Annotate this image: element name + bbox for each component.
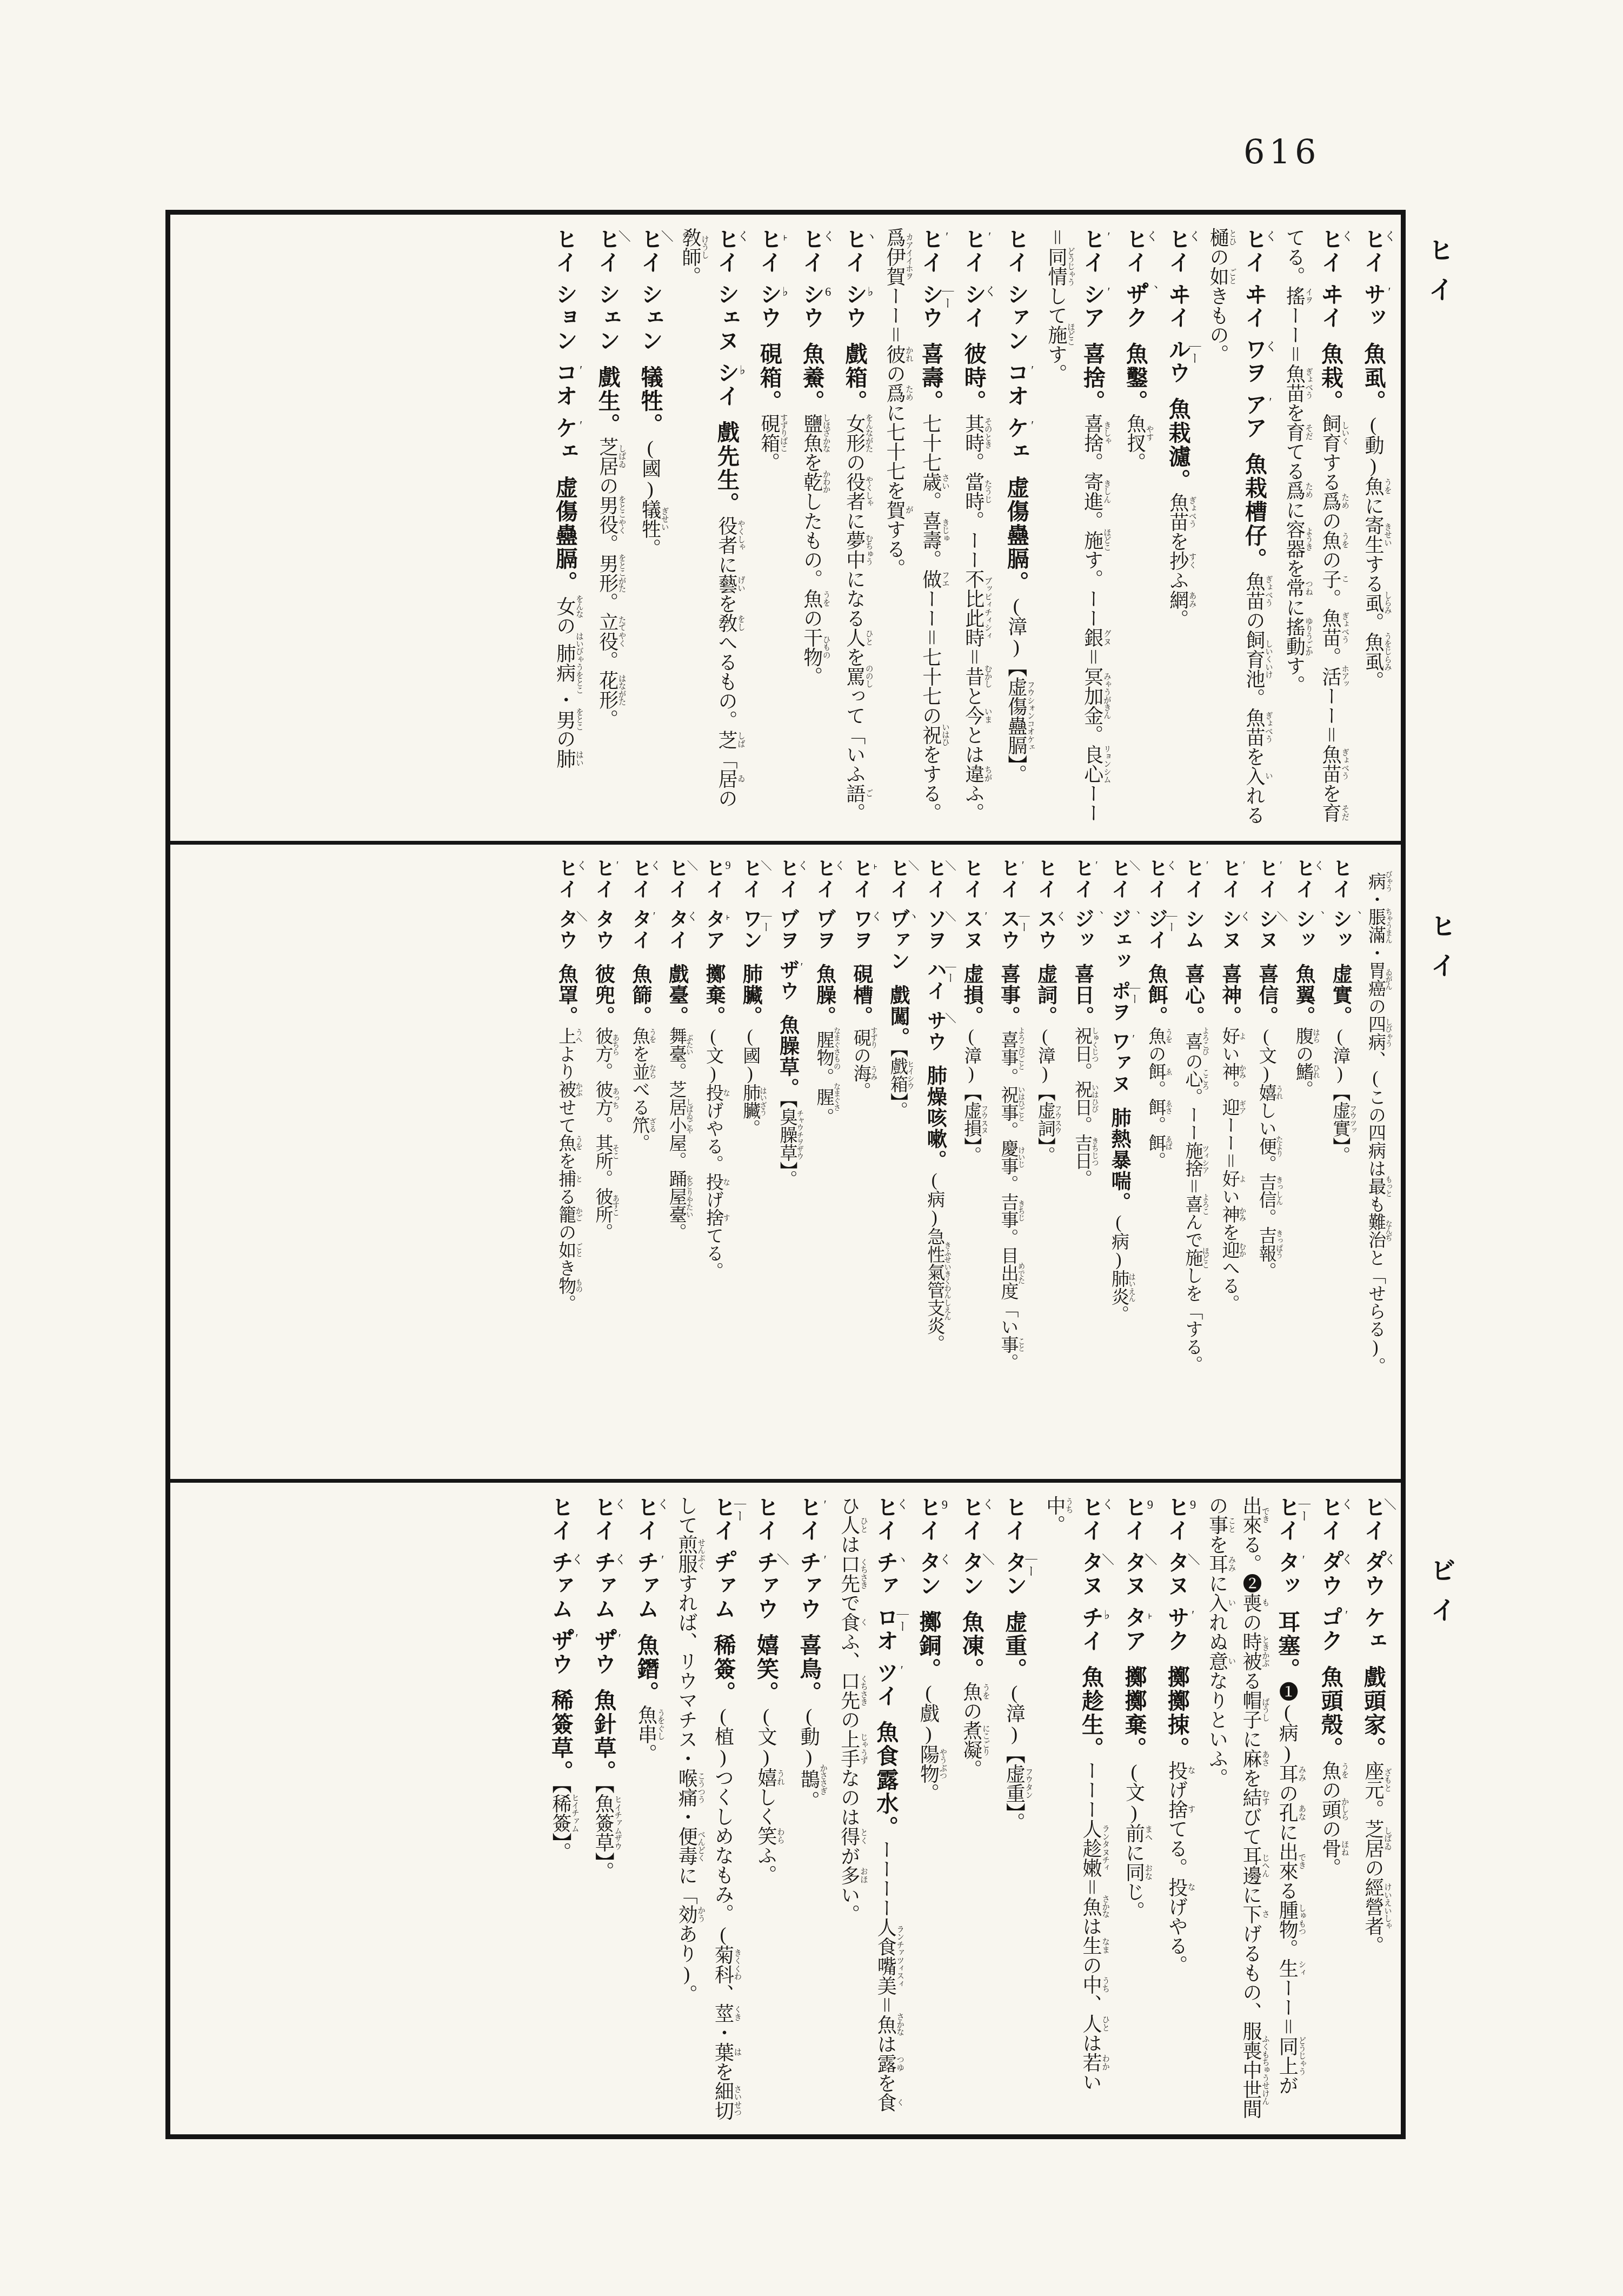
- dict-entry: ヒイ′スウ｜ー喜事。喜事よろこびごと。祝事いはひごと。慶事けいじ。吉事きちじ。目…: [992, 858, 1025, 1475]
- entry-definition: 喜鳥。(動)鵲かささぎ。: [798, 1634, 820, 1811]
- tone-mark: 、: [1312, 911, 1323, 921]
- tone-mark: ′: [1201, 860, 1213, 872]
- entry-hanzi: 魚罩。: [555, 964, 577, 1027]
- tone-mark: ＼: [685, 860, 696, 871]
- entry-hanzi: 戲箱。: [842, 342, 867, 414]
- dict-entry: ヒイスヌ′虚損。(漳)【虚損フウスヌ】。: [955, 858, 988, 1475]
- headword-syllable: タンく: [916, 1551, 941, 1597]
- headword-syllable: ヒイ｜ー: [1275, 1496, 1300, 1542]
- headword-syllable: タ゚ウく: [1361, 1551, 1386, 1597]
- tone-mark: ′: [1102, 285, 1115, 298]
- headword-syllable: ヒイ′: [591, 858, 614, 900]
- dict-entry: ヒイくタヌ＼チイ♭魚趁生。ーーー人趁嫩ランタヌチィ＝魚さかなは生なまの中うち、人…: [1037, 1496, 1110, 2130]
- dict-entry: ヒイくチァムくザ゚ウ′魚針草。【魚簽草ヒイチァムザウ】。: [584, 1496, 622, 2130]
- dict-entry: ヒイ＼ヷァンヽ戲闖。【戲箱ヒイシウ】。: [882, 858, 914, 1475]
- tone-mark: く: [648, 860, 660, 871]
- tone-mark: ＼: [943, 1012, 954, 1023]
- tone-mark: ｜ー: [895, 1608, 908, 1633]
- entry-definition: 喜日。祝日しゅくじつ。祝日いはひび。吉日きちじつ。: [1072, 964, 1092, 1187]
- entry-headword: ヒイくチァヽロオ｜ーツイ′: [873, 1496, 898, 1708]
- page-number: 616: [1243, 132, 1320, 171]
- entry-headword: ヒイくタヌ＼チイ♭: [1079, 1496, 1103, 1653]
- dict-entry: ヒイチァムくザ゚ウ′稀簽草。【稀簽ヒイチァム】。: [541, 1496, 580, 2130]
- entry-definition: 魚栽濾。魚苗ぎょべうを抄すくふ網あみ。: [1167, 397, 1189, 629]
- dict-entry: ヒイ｜ータッ′耳塞。❶(病)耳みみの孔あなに出來できる腫物しゅもつ。生シィーー＝…: [1200, 1496, 1307, 2130]
- dict-entry: ヒイ′シヌく喜神。好よい神かみ。迎ギアーー＝好よい神かみを迎むかへる。: [1213, 858, 1246, 1475]
- tone-mark: ＼: [1187, 1553, 1200, 1565]
- tone-mark: ′: [1275, 860, 1286, 872]
- tone-mark: ＼: [943, 860, 954, 871]
- tone-mark: ′: [983, 230, 996, 243]
- headword-syllable: シェン: [595, 283, 620, 353]
- entry-hanzi: 喜鳥。: [796, 1634, 821, 1705]
- headword-syllable: チァヽ: [873, 1551, 898, 1597]
- tone-mark: ＼: [906, 860, 917, 871]
- tone-mark: ′: [1026, 419, 1039, 432]
- band-top: ヒイくサッ′魚虱。(動)魚うをに寄生きせいする虱しらみ。魚虱うをじらみ。ヒイくヰ…: [170, 215, 1401, 841]
- headword-syllable: ヒイく: [1242, 228, 1267, 274]
- entry-headword: ヒイタン｜ー: [1002, 1496, 1027, 1597]
- headword-syllable: ヒイ: [1004, 228, 1029, 274]
- headword-syllable: ヒイ＼: [638, 228, 663, 274]
- headword-syllable: ヒイヽ: [842, 228, 867, 274]
- tone-mark: ｜ー: [759, 911, 770, 933]
- dict-entry: ヒイくシェヌシイ♭戲先生。役者やくしゃに藝げいを敎をしへるもの。芝しば「居ゐの敎…: [674, 228, 746, 837]
- headword-syllable: ヒイく: [1166, 228, 1190, 274]
- headword-syllable: ヒイく: [800, 228, 824, 274]
- headword-syllable: タウ: [591, 908, 614, 951]
- tone-mark: ＼: [1383, 1498, 1396, 1510]
- entry-definition: 虚重。(漳)【虚重フウタン】。: [1003, 1610, 1025, 1832]
- headword-syllable: ザ゚ク、: [1123, 283, 1148, 329]
- entry-definition: 喜心。喜よろこびの心こころ。ーー施捨ツィシア＝喜よろこんで施ほどこしを「する。: [1182, 964, 1202, 1373]
- tone-mark: ˫: [869, 860, 881, 872]
- entry-hanzi: 魚鐕。: [634, 1634, 659, 1705]
- entry-headword: ヒイくチァム′: [634, 1496, 659, 1621]
- dict-entry: ヒイ′シヌ＼喜信。(文)嬉うれしい便たより。吉信きっしん。吉報きっぱう。: [1250, 858, 1283, 1475]
- tone-mark: ′: [1017, 860, 1028, 872]
- entry-definition: 硯箱。硯箱すずりばこ。: [759, 342, 780, 472]
- tone-mark: ｜ー: [1165, 911, 1176, 933]
- dict-entry: ヒイくジイ｜ー魚餌。魚うをの餌ゑ。餌ゑさ。餌ゑば。: [1140, 858, 1172, 1475]
- dict-entry: ヒイ′ジッ、喜日。祝日しゅくじつ。祝日いはひび。吉日きちじつ。: [1066, 858, 1099, 1475]
- entry-hanzi: 喜壽。: [919, 342, 943, 414]
- tone-mark: 、: [1349, 911, 1360, 921]
- entry-headword: ヒイヽシウ♭: [842, 228, 867, 329]
- entry-headword: ヒイ′スウ｜ー: [997, 858, 1020, 951]
- entry-hanzi: 魚臊草。: [776, 1014, 798, 1099]
- dict-entry: ヒイスウく虚詞。(漳)【虚詞フウスウ】。: [1029, 858, 1062, 1475]
- entry-definition: 擲擲棄。(文)前まへに同おなじ。: [1123, 1665, 1145, 1921]
- headword-syllable: チァムく: [591, 1551, 616, 1621]
- headword-syllable: アア′: [1242, 393, 1267, 440]
- entry-headword: ヒイ＼ヷァンヽ: [887, 858, 909, 972]
- tone-mark: く: [938, 1553, 951, 1565]
- headword-syllable: ヒイく: [1318, 228, 1343, 274]
- tone-mark: ｜ー: [1297, 1498, 1310, 1522]
- entry-hanzi: 硯箱。: [757, 342, 782, 414]
- entry-definition: 硯槽。硯すずりの海うみ。: [851, 964, 870, 1100]
- tone-mark: 9: [1143, 1498, 1156, 1511]
- tone-mark: 、: [1090, 911, 1102, 921]
- headword-syllable: ヒイく: [1361, 228, 1386, 274]
- entry-headword: ヒイ｜ータッ′: [1275, 1496, 1300, 1597]
- dict-entry: ヒイ＼タイく戲臺。舞臺ぶたい。芝居小屋しばゐごや。踊屋臺をどりやたい。: [661, 858, 693, 1475]
- headword-syllable: タヌ＼: [1079, 1551, 1103, 1597]
- tone-mark: ヽ: [895, 1553, 908, 1565]
- headword-syllable: チァウ＼: [754, 1551, 779, 1621]
- dict-entry: ヒイくヷヲザウ′魚臊草。【臭臊草チャウチヲザウ】。: [771, 858, 803, 1475]
- tone-mark: ｜ー: [1024, 1553, 1037, 1577]
- entry-headword: ヒイ＼シェン: [638, 228, 663, 353]
- tone-mark: く: [736, 230, 749, 242]
- dict-entry: ヒイくサッ′魚虱。(動)魚うをに寄生きせいする虱しらみ。魚虱うをじらみ。: [1354, 228, 1392, 837]
- entry-hanzi: 喜日。: [1071, 964, 1093, 1027]
- entry-definition: 虚詞。(漳)【虚詞フウスウ】。: [1035, 964, 1055, 1164]
- entry-definition: 魚針草。【魚簽草ヒイチァムザウ】。: [593, 1689, 614, 1881]
- tone-mark: ′: [613, 1631, 626, 1645]
- entry-headword: ヒイ′シイく: [961, 228, 986, 329]
- headword-syllable: ション: [553, 283, 577, 353]
- entry-headword: ヒイくタイ′: [629, 858, 651, 951]
- tone-mark: ˫: [1143, 1608, 1156, 1622]
- entry-definition: 戲臺。舞臺ぶたい。芝居小屋しばゐごや。踊屋臺をどりやたい。: [667, 964, 686, 1241]
- entry-hanzi: 肺臟。: [739, 964, 761, 1027]
- entry-definition: 犠牲。(國)犠牲ぎせい。: [640, 366, 661, 558]
- tone-mark: く: [1383, 230, 1396, 242]
- headword-syllable: ヒイ′: [961, 228, 986, 274]
- headword-syllable: ヒイ＼: [1108, 858, 1130, 900]
- headword-syllable: チイ♭: [1079, 1606, 1103, 1653]
- entry-definition: 擲棄。(文)投なげやる。投なげ捨すてる。: [703, 964, 723, 1280]
- entry-definition: 虚損。(漳)【虚損フウスヌ】。: [961, 964, 981, 1164]
- headword-syllable: チァウ′: [796, 1551, 821, 1621]
- entry-hanzi: 魚鑿。: [1123, 342, 1148, 414]
- headword-syllable: ザウ′: [776, 959, 798, 1001]
- entry-hanzi: 喜捨。: [1080, 342, 1105, 414]
- headword-syllable: ヒイ＼: [595, 228, 620, 274]
- headword-syllable: シァン: [1004, 283, 1029, 353]
- dict-entry: 病びゃう・脹滿ちゃうまん・胃癌ゐがんの四病しびゃう、(この四病は最もっとも難治な…: [1361, 858, 1392, 1475]
- headword-syllable: シア′: [1080, 283, 1105, 329]
- entry-definition: 魚鐕。魚串うをぐし。: [636, 1634, 657, 1763]
- headword-syllable: ルウ｜ー: [1166, 338, 1190, 384]
- tone-mark: く: [1340, 230, 1353, 242]
- headword-syllable: ヰイ: [1318, 283, 1343, 329]
- entry-hanzi: 戲頭家。: [1361, 1665, 1386, 1761]
- entry-headword: ヒイチァムくザ゚ウ′: [548, 1496, 573, 1676]
- tone-mark: ˫: [722, 911, 733, 923]
- tone-mark: ｜ー: [1127, 983, 1139, 1005]
- dict-entry: ヒイくヷヲ魚臊。腥物なまぐさもの。腥なまぐさ。: [808, 858, 840, 1475]
- tone-mark: ′: [1383, 285, 1396, 298]
- headword-syllable: シェン: [638, 283, 663, 353]
- entry-hanzi: 戲生。: [595, 366, 620, 437]
- tone-mark: く: [1340, 1553, 1353, 1565]
- dict-entry: ヒイくシッ、魚翼。腹はらの鰭ひれ。: [1287, 858, 1320, 1475]
- entry-headword: ヒイ′シア′: [1080, 228, 1105, 329]
- headword-syllable: タッ′: [1275, 1551, 1300, 1597]
- entry-headword: ヒイくザ゚ク、: [1123, 228, 1148, 329]
- entry-headword: ヒイくチァムくザ゚ウ′: [591, 1496, 616, 1676]
- dict-entry: ヒイションコオ′ケェ′虚傷蠱膈。女をんなの肺病はいびゃうをとこ・男をとこの肺はい: [546, 228, 584, 837]
- entry-hanzi: 魚針草。: [591, 1689, 616, 1784]
- tone-mark: ′: [941, 230, 954, 243]
- entry-hanzi: 擲棄。: [702, 964, 724, 1027]
- entry-headword: ヒイ9タア˫: [702, 858, 724, 951]
- headword-syllable: ジッ、: [1071, 908, 1093, 951]
- dict-entry: ヒイくチァム′魚鐕。魚串うをぐし。: [627, 1496, 665, 2130]
- headword-syllable: ヒイ: [1329, 858, 1351, 900]
- headword-syllable: ケェ: [1361, 1606, 1386, 1653]
- dict-entry: ヒイ＼ジェッ、ポヲ｜ーワァヌ′肺熱暴喘。(病)肺炎はいえん。: [1103, 858, 1135, 1475]
- headword-syllable: ヒイ: [1002, 1496, 1027, 1542]
- entry-hanzi: 虚傷蠱膈。: [553, 476, 577, 595]
- dict-entry: ヒイくヰイワヲくアア′魚栽槽仔。魚苗ぎょべうの飼育池しいくいけ。魚苗ぎょべうを入…: [1201, 228, 1273, 837]
- tone-mark: ｜ー: [1017, 911, 1028, 933]
- headword-syllable: シェヌ: [714, 283, 739, 353]
- dict-entry: ヒイくザ゚ク、魚鑿。魚扠やす。: [1116, 228, 1154, 837]
- entry-definition: 魚罩。上うへより被かぶせて魚うをを捕とる籠かごの如ごとき物もの。: [556, 964, 575, 1312]
- headword-syllable: ヒイ′: [1080, 228, 1105, 274]
- dict-entry: ヒイくシウ6魚鯗。鹽魚しほざかなを乾かわかしたもの。魚うをの干物ひもの。: [793, 228, 831, 837]
- headword-syllable: タヌ＼: [1121, 1551, 1146, 1597]
- tone-mark: 、: [1127, 911, 1139, 921]
- dict-entry: ヒイ′チァウ′喜鳥。(動)鵲かささぎ。: [789, 1496, 828, 2130]
- dict-entry: ヒイシッ、虚實。(漳)【虚實フウツッ】。: [1324, 858, 1356, 1475]
- headword-syllable: ヷァンヽ: [887, 908, 909, 972]
- headword-syllable: ワヲく: [1242, 338, 1267, 384]
- tone-mark: ｜ー: [1188, 340, 1201, 364]
- tone-mark: ＼: [981, 1553, 994, 1565]
- entry-headword: ヒイ＼タ゚ウくケェ: [1361, 1496, 1386, 1653]
- headword-syllable: ヒイ′: [1255, 858, 1278, 900]
- headword-syllable: コオ′: [1004, 361, 1029, 408]
- entry-definition: 魚篩。魚うをを並ならべる笊ざる。: [630, 964, 649, 1152]
- dict-entry: ヒイ′タウ彼兜。彼方あちら。彼方あっち。其所そこ。彼所あすこ。: [587, 858, 619, 1475]
- entry-hanzi: 魚虱。: [1361, 342, 1386, 414]
- headword-syllable: ヒイく: [634, 1496, 659, 1542]
- headword-syllable: ヒイ9: [1121, 1496, 1146, 1542]
- tone-mark: く: [613, 1553, 626, 1565]
- tone-mark: ＼: [759, 860, 770, 871]
- dict-entry: ヒイ′シイく彼時。其時そのとき。當時たうじ。ーー不比此時ブッピィチィシィ＝昔むか…: [954, 228, 993, 837]
- headword-syllable: ヒイ˫: [757, 228, 782, 274]
- dict-entry: ヒイくタ゚ウくコ゚ク′魚頭殼。魚うをの頭かしらの骨ほね。: [1311, 1496, 1349, 2130]
- entry-definition: 彼時。其時そのとき。當時たうじ。ーー不比此時ブッピィチィシィ＝昔むかしと今いまと…: [963, 342, 985, 822]
- tone-mark: ′: [895, 1663, 908, 1677]
- entry-hanzi: 犠牲。: [638, 366, 663, 437]
- tone-mark: ′: [819, 1498, 832, 1511]
- headword-syllable: シウ6: [800, 283, 824, 329]
- entry-definition: 戲箱。女形をんながたの役者やくしゃに夢中むちゅうになる人ひとを罵ののしって「いふ…: [844, 342, 866, 822]
- headword-syllable: ヒイ′: [1181, 858, 1203, 900]
- headword-syllable: ザ゚ウ′: [548, 1629, 573, 1676]
- headword-syllable: シウ♭: [757, 283, 782, 329]
- entry-hanzi: 虚傷蠱膈。: [1004, 476, 1029, 595]
- tone-mark: ＼: [776, 1553, 789, 1565]
- dict-entry: ヒイ9タヌ＼サク′擲擲捒。投なげ捨すてる。投なげやる。: [1157, 1496, 1195, 2130]
- entry-definition: 虚傷蠱膈。女をんなの肺病はいびゃうをとこ・男をとこの肺はい: [554, 476, 576, 768]
- entry-hanzi: 魚栽槽仔。: [1242, 453, 1267, 572]
- entry-hanzi: 魚栽。: [1318, 342, 1343, 414]
- headword-syllable: ジイ｜ー: [1145, 908, 1167, 951]
- headword-syllable: ヒイく: [629, 858, 651, 900]
- headword-syllable: ヒイ′: [1219, 858, 1241, 900]
- dict-entry: ヒイ＼シェン犠牲。(國)犠牲ぎせい。: [631, 228, 669, 837]
- dict-entry: ヒイシァンコオ′ケェ′虚傷蠱膈。(漳)【虚傷蠱膈フウシォンコオケェ】。: [997, 228, 1035, 837]
- headword-syllable: ヒイく: [555, 858, 577, 900]
- dict-entry: ヒイ＼タ゚ウくケェ戲頭家。座元ざもと。芝居しばゐの經營者けいえいしゃ。: [1354, 1496, 1392, 2130]
- dictionary-page: 616 ヒイくサッ′魚虱。(動)魚うをに寄生きせいする虱しらみ。魚虱うをじらみ。…: [0, 0, 1623, 2296]
- headword-syllable: ケェ′: [553, 416, 577, 463]
- tone-mark: ′: [570, 1631, 583, 1645]
- headword-syllable: ヒイく: [959, 1496, 984, 1542]
- headword-syllable: タア˫: [1121, 1606, 1146, 1653]
- entry-definition: 肺熱暴喘。(病)肺炎はいえん。: [1109, 1107, 1128, 1323]
- entry-hanzi: 虚詞。: [1034, 964, 1056, 1027]
- entry-headword: ヒイスウく: [1034, 858, 1056, 951]
- tone-mark: ′: [1026, 363, 1039, 377]
- headword-syllable: シイく: [961, 283, 986, 329]
- entry-definition: 病びゃう・脹滿ちゃうまん・胃癌ゐがんの四病しびゃう、(この四病は最もっとも難治な…: [1366, 871, 1385, 1375]
- tone-mark: ＼: [1101, 1553, 1114, 1565]
- headword-syllable: コ゚ク′: [1318, 1606, 1343, 1653]
- headword-syllable: シッ、: [1292, 908, 1314, 951]
- entry-hanzi: 魚凍。: [959, 1610, 984, 1682]
- tone-mark: ′: [1297, 1553, 1310, 1567]
- dict-entry: ヒイ9タンく擲銅。(戲)陽物やうぶつ。: [909, 1496, 947, 2130]
- headword-syllable: ヒイ′: [1071, 858, 1093, 900]
- entry-headword: ヒイ′チァウ′: [796, 1496, 821, 1621]
- entry-definition: 肺臟。(國)肺臟はいざう。: [740, 964, 760, 1137]
- tone-mark: ′: [1264, 395, 1277, 409]
- entry-hanzi: 硯槽。: [850, 964, 872, 1027]
- tone-mark: ヽ: [864, 230, 877, 242]
- tone-mark: ｜ー: [733, 1498, 746, 1522]
- tone-mark: 9: [722, 860, 733, 872]
- tone-mark: く: [981, 1498, 994, 1510]
- entry-hanzi: 喜信。: [1255, 964, 1278, 1027]
- entry-headword: ヒイくシェヌシイ♭: [714, 228, 739, 408]
- headword-syllable: ワヲく: [850, 908, 872, 951]
- entry-definition: 嬉笑。(文)嬉うれしく笑わらふ。: [755, 1634, 777, 1884]
- headword-syllable: チァムく: [548, 1551, 573, 1621]
- headword-syllable: ザ゚ウ′: [591, 1629, 616, 1676]
- headword-syllable: ロオ｜ー: [873, 1606, 898, 1653]
- tone-mark: く: [895, 1498, 908, 1510]
- entry-hanzi: 擲銅。: [916, 1610, 941, 1682]
- entry-definition: 魚臊草。【臭臊草チャウチヲザウ】。: [777, 1014, 796, 1188]
- entry-definition: 喜事。喜事よろこびごと。祝事いはひごと。慶事けいじ。吉事きちじ。目出度めでた「い…: [999, 964, 1018, 1371]
- tone-mark: 6: [822, 285, 835, 298]
- headword-syllable: ヰイ: [1242, 283, 1267, 329]
- headword-syllable: タイ′: [629, 908, 651, 951]
- entry-definition: 魚臊。腥物なまぐさもの。腥なまぐさ。: [814, 964, 834, 1126]
- entry-hanzi: 喜神。: [1219, 964, 1241, 1027]
- tone-mark: く: [1312, 860, 1323, 871]
- headword-syllable: スヌ′: [960, 908, 982, 951]
- tone-mark: く: [656, 1498, 669, 1510]
- dict-entry: ヒイ′シア′喜捨。喜捨きしゃ。寄進きしん。施ほどこす。ーー銀グヌ＝冥加金みゃうが…: [1040, 228, 1112, 837]
- headword-syllable: ヒイく: [813, 858, 835, 900]
- entry-headword: ヒイションコオ′ケェ′: [553, 228, 577, 463]
- headword-syllable: サク′: [1165, 1606, 1189, 1653]
- headword-syllable: サウ＼: [923, 1010, 946, 1052]
- dict-entry: ヒイくチァヽロオ｜ーツイ′魚食露水。ーーーー人食嘴美ランチァツィスィ＝魚さかなは…: [832, 1496, 904, 2130]
- tone-mark: 9: [938, 1498, 951, 1511]
- dict-entry: ヒイ′シウ｜ー喜壽。七十七歳さい。喜壽きじゅ。做フエーー＝七十七の祝いはひをする…: [878, 228, 950, 837]
- tone-mark: ˫: [779, 230, 792, 243]
- tone-mark: ＼: [943, 911, 954, 921]
- entry-headword: ヒイくジイ｜ー: [1145, 858, 1167, 951]
- entry-hanzi: 魚鯗。: [800, 342, 824, 414]
- entry-definition: 魚凍。魚うをの煮凝にこごり。: [961, 1610, 982, 1779]
- entry-headword: ヒイくタ゚ウくコ゚ク′: [1318, 1496, 1343, 1653]
- entry-definition: 虚實。(漳)【虚實フウツッ】。: [1330, 964, 1349, 1164]
- entry-headword: ヒイシッ、: [1329, 858, 1351, 951]
- dict-entry: ヒイ˫シウ♭硯箱。硯箱すずりばこ。: [750, 228, 788, 837]
- headword-syllable: シヌく: [1219, 908, 1241, 951]
- headword-syllable: ヒイく: [776, 858, 798, 900]
- headword-syllable: ヒイ: [548, 1496, 573, 1542]
- tone-mark: く: [1340, 1498, 1353, 1510]
- entry-hanzi: 肺熱暴喘。: [1108, 1107, 1130, 1213]
- entry-hanzi: 彼兜。: [591, 964, 614, 1027]
- entry-headword: ヒイ′ジッ、: [1071, 858, 1093, 951]
- entry-hanzi: 魚臊。: [813, 964, 835, 1027]
- entry-headword: ヒイくシッ、: [1292, 858, 1314, 951]
- headword-syllable: タン＼: [959, 1551, 984, 1597]
- entry-headword: ヒイくタウ＼: [555, 858, 577, 951]
- tone-mark: く: [1145, 230, 1158, 242]
- dict-entry: ヒイ＼ソヲ＼ハイ｜ーサウ＼肺燥咳嗽。(病)急性氣管支炎きふせいきくわんしえん。: [919, 858, 951, 1475]
- headword-syllable: ヒイ＼: [739, 858, 761, 900]
- entry-headword: ヒイチァウ＼: [754, 1496, 779, 1621]
- headword-syllable: ヒイく: [1318, 1496, 1343, 1542]
- dict-entry: ヒイくタン＼魚凍。魚うをの煮凝にこごり。: [952, 1496, 990, 2130]
- headword-syllable: タ゚ウく: [1318, 1551, 1343, 1597]
- dict-entry: ヒイくタウ＼魚罩。上うへより被かぶせて魚うをを捕とる籠かごの如ごとき物もの。: [550, 858, 582, 1475]
- entry-definition: 魚翼。腹はらの鰭ひれ。: [1293, 964, 1313, 1098]
- headword-syllable: シム: [1181, 908, 1203, 951]
- headword-syllable: ツイ′: [873, 1661, 898, 1708]
- headword-syllable: ヒイ＼: [887, 858, 909, 900]
- tone-mark: く: [822, 230, 835, 242]
- entry-hanzi: 魚翼。: [1292, 964, 1314, 1027]
- entry-headword: ヒイ＼タイく: [666, 858, 688, 951]
- entry-definition: 魚鯗。鹽魚しほざかなを乾かわかしたもの。魚うをの干物ひもの。: [801, 342, 823, 686]
- entry-headword: ヒイ′タウ: [591, 858, 614, 951]
- headword-syllable: ワン｜ー: [739, 908, 761, 951]
- dict-entry: ヒイ＼ワン｜ー肺臟。(國)肺臟はいざう。: [734, 858, 767, 1475]
- entry-headword: ヒイ′シヌく: [1219, 858, 1241, 951]
- entry-definition: 魚頭殼。魚うをの頭かしらの骨ほね。: [1320, 1665, 1341, 1877]
- entry-hanzi: 肺燥咳嗽。: [923, 1065, 946, 1171]
- headword-syllable: サッ′: [1361, 283, 1386, 329]
- headword-syllable: ヒイ′: [997, 858, 1020, 900]
- entry-headword: ヒイ9タヌ＼タア˫: [1121, 1496, 1146, 1653]
- headword-syllable: ヒイ9: [702, 858, 724, 900]
- dict-entry: ヒイくタイ′魚篩。魚うをを並ならべる笊ざる。: [623, 858, 656, 1475]
- entry-hanzi: 嬉笑。: [754, 1634, 779, 1705]
- headword-syllable: ポヲ｜ー: [1108, 980, 1130, 1023]
- tone-mark: く: [1165, 860, 1176, 871]
- tone-mark: く: [1264, 340, 1277, 353]
- tone-mark: く: [1054, 911, 1065, 921]
- headword-syllable: コオ′: [553, 361, 577, 408]
- headword-syllable: ヒイく: [1123, 228, 1148, 274]
